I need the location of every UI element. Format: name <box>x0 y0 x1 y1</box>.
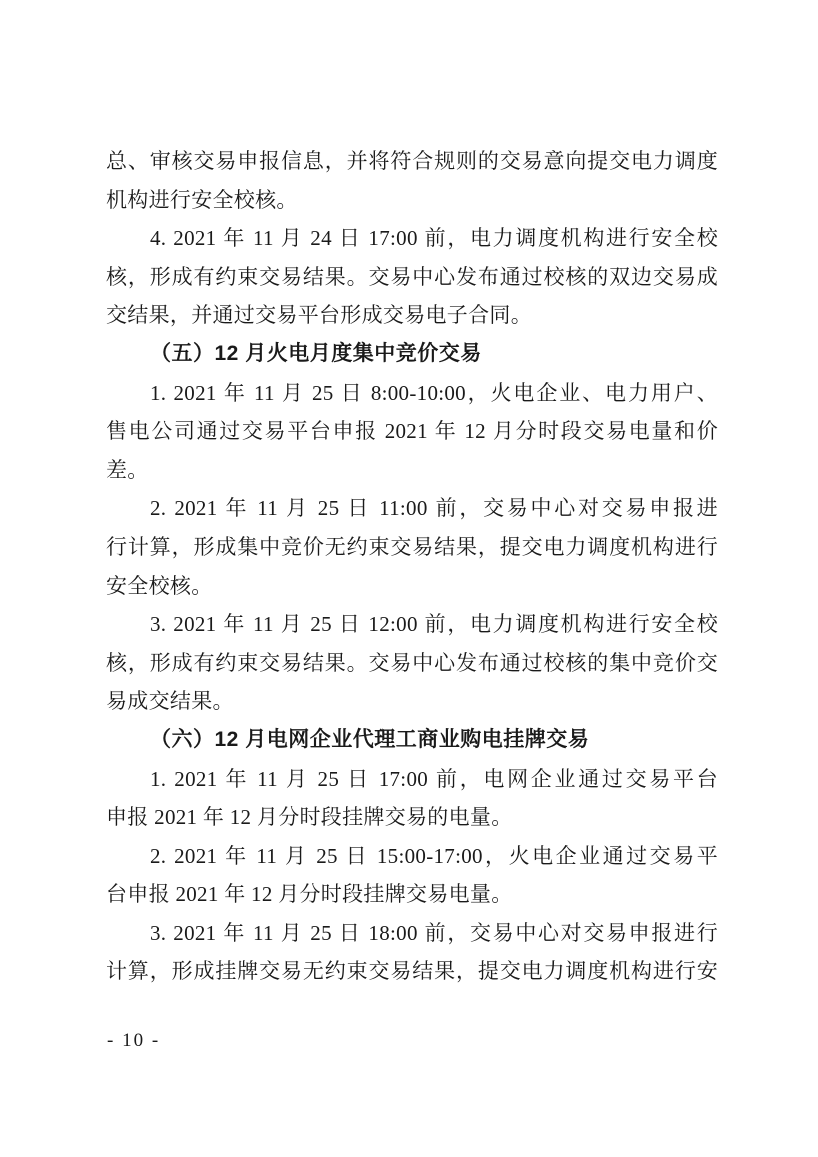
document-page: 总、审核交易申报信息，并将符合规则的交易意向提交电力调度 机构进行安全校核。 4… <box>0 0 818 1157</box>
text-line: 2. 2021 年 11 月 25 日 11:00 前，交易中心对交易申报进 <box>106 489 718 528</box>
text-line: 总、审核交易申报信息，并将符合规则的交易意向提交电力调度 <box>106 142 718 181</box>
document-body: 总、审核交易申报信息，并将符合规则的交易意向提交电力调度 机构进行安全校核。 4… <box>106 142 718 991</box>
text-line: 售电公司通过交易平台申报 2021 年 12 月分时段交易电量和价 <box>106 412 718 451</box>
text-line: 台申报 2021 年 12 月分时段挂牌交易电量。 <box>106 875 718 914</box>
text-line: 行计算，形成集中竞价无约束交易结果，提交电力调度机构进行 <box>106 528 718 567</box>
text-line: 安全校核。 <box>106 567 718 606</box>
page-number: - 10 - <box>107 1030 160 1051</box>
text-line: 4. 2021 年 11 月 24 日 17:00 前，电力调度机构进行安全校 <box>106 219 718 258</box>
section-heading-6: （六）12 月电网企业代理工商业购电挂牌交易 <box>106 721 718 760</box>
section-heading-5: （五）12 月火电月度集中竞价交易 <box>106 335 718 374</box>
text-line: 核，形成有约束交易结果。交易中心发布通过校核的集中竞价交 <box>106 644 718 683</box>
text-line: 申报 2021 年 12 月分时段挂牌交易的电量。 <box>106 798 718 837</box>
text-line: 交结果，并通过交易平台形成交易电子合同。 <box>106 296 718 335</box>
text-line: 2. 2021 年 11 月 25 日 15:00-17:00，火电企业通过交易… <box>106 837 718 876</box>
text-line: 计算，形成挂牌交易无约束交易结果，提交电力调度机构进行安 <box>106 952 718 991</box>
text-line: 机构进行安全校核。 <box>106 181 718 220</box>
page-footer: - 10 - <box>107 1027 160 1055</box>
text-line: 易成交结果。 <box>106 682 718 721</box>
text-line: 差。 <box>106 451 718 490</box>
text-line: 核，形成有约束交易结果。交易中心发布通过校核的双边交易成 <box>106 258 718 297</box>
text-line: 3. 2021 年 11 月 25 日 12:00 前，电力调度机构进行安全校 <box>106 605 718 644</box>
text-line: 1. 2021 年 11 月 25 日 17:00 前，电网企业通过交易平台 <box>106 760 718 799</box>
text-line: 1. 2021 年 11 月 25 日 8:00-10:00，火电企业、电力用户… <box>106 374 718 413</box>
text-line: 3. 2021 年 11 月 25 日 18:00 前，交易中心对交易申报进行 <box>106 914 718 953</box>
